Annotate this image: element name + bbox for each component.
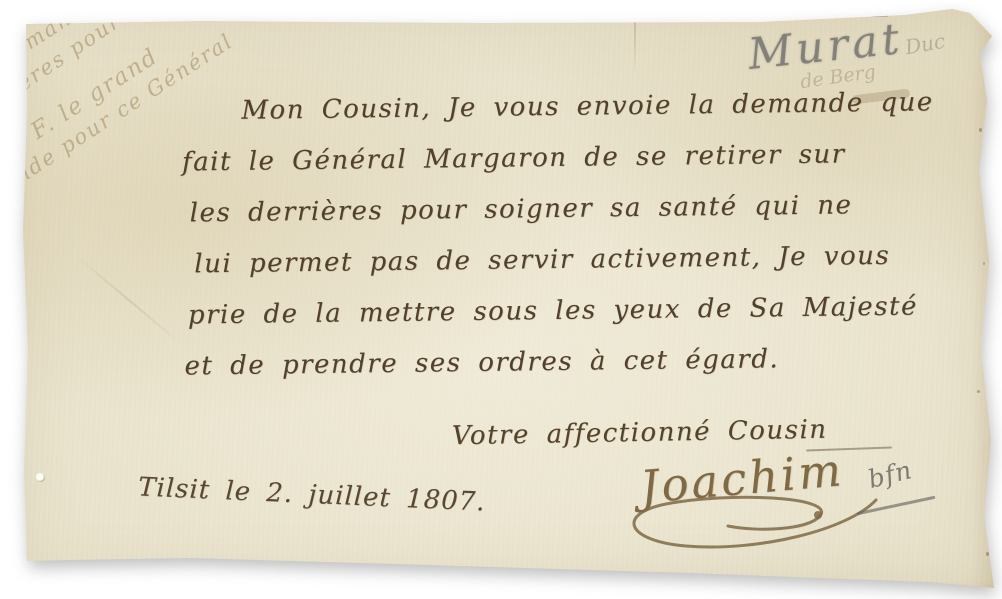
edge-speck [977, 390, 980, 393]
faint-annotation-duc: Duc [903, 29, 947, 60]
paper-crease [76, 255, 184, 346]
edge-speck [979, 128, 982, 132]
letter-line: prie de la mettre sous les yeux de Sa Ma… [188, 281, 925, 341]
letter-line: les derrières pour soigner sa santé qui … [189, 179, 923, 239]
letter-line: lui permet pas de servir activement, Je … [194, 230, 924, 290]
letter-closing: Votre affectionné Cousin [452, 415, 828, 452]
paper-crease [634, 22, 636, 74]
edge-speck [983, 262, 985, 265]
letter-dateline: Tilsit le 2. juillet 1807. [138, 472, 487, 517]
paper-shadow-wrap: emandt rrières pour 2. F. le grand mande… [0, 0, 1002, 599]
signature-flourish [608, 486, 908, 566]
paper-hole [36, 473, 45, 482]
scanned-letter-view: emandt rrières pour 2. F. le grand mande… [0, 0, 1002, 599]
letter-paper: emandt rrières pour 2. F. le grand mande… [0, 0, 1002, 599]
letter-body: Mon Cousin, Je vous envoie la demande qu… [181, 77, 925, 392]
letter-line: Mon Cousin, Je vous envoie la demande qu… [241, 77, 922, 136]
letter-line: fait le Général Margaron de se retirer s… [182, 128, 923, 188]
edge-speck [986, 552, 989, 556]
letter-line: et de prendre ses ordres à cet égard. [184, 332, 925, 392]
edge-speck [872, 15, 888, 17]
